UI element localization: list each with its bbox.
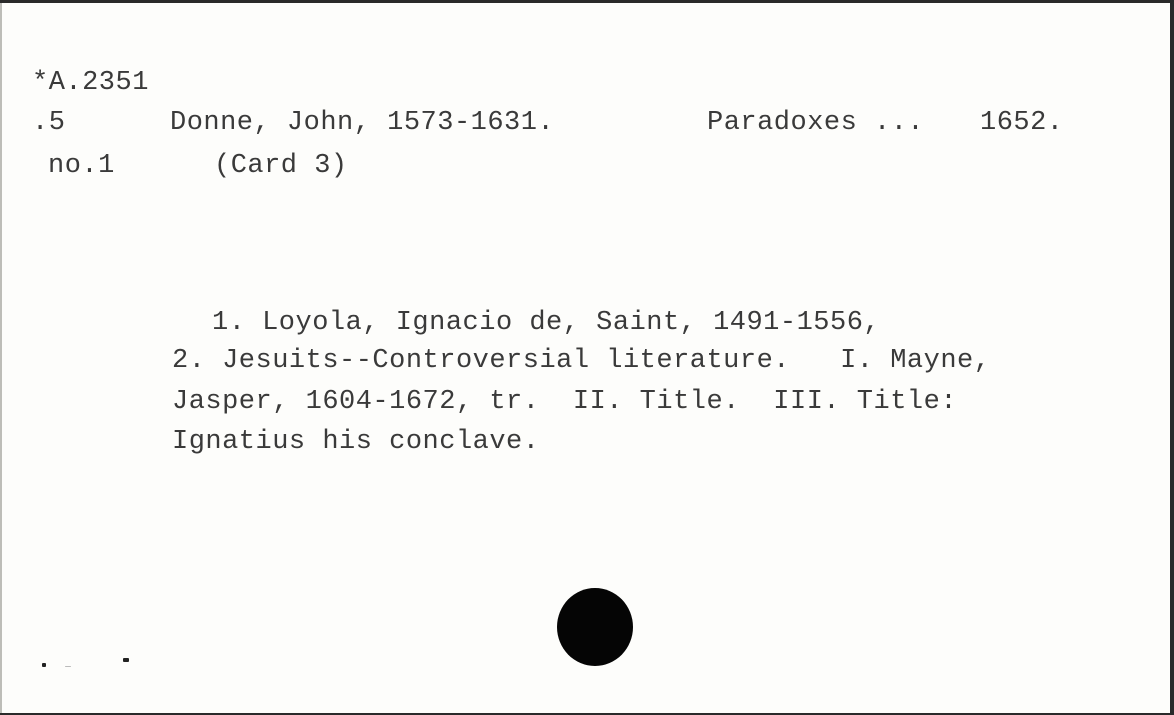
tracing-line-1: 1. Loyola, Ignacio de, Saint, 1491-1556, xyxy=(212,308,880,338)
speck xyxy=(123,658,129,662)
speck xyxy=(42,663,46,667)
call-number-line-3: no.1 xyxy=(48,151,115,181)
title: Paradoxes ... xyxy=(707,108,924,138)
tracing-line-2: 2. Jesuits--Controversial literature. I.… xyxy=(172,346,990,376)
punch-hole xyxy=(557,588,633,666)
publication-date: 1652. xyxy=(980,108,1064,138)
call-number-line-1: *A.2351 xyxy=(32,68,149,98)
main-entry: Donne, John, 1573-1631. xyxy=(170,108,554,138)
tracing-line-4: Ignatius his conclave. xyxy=(172,427,539,457)
tracing-line-3: Jasper, 1604-1672, tr. II. Title. III. T… xyxy=(172,387,957,417)
call-number-line-2: .5 xyxy=(32,108,65,138)
catalog-card: *A.2351 .5 no.1 Donne, John, 1573-1631. … xyxy=(0,3,1170,713)
speck xyxy=(65,666,71,667)
card-number: (Card 3) xyxy=(214,151,348,181)
